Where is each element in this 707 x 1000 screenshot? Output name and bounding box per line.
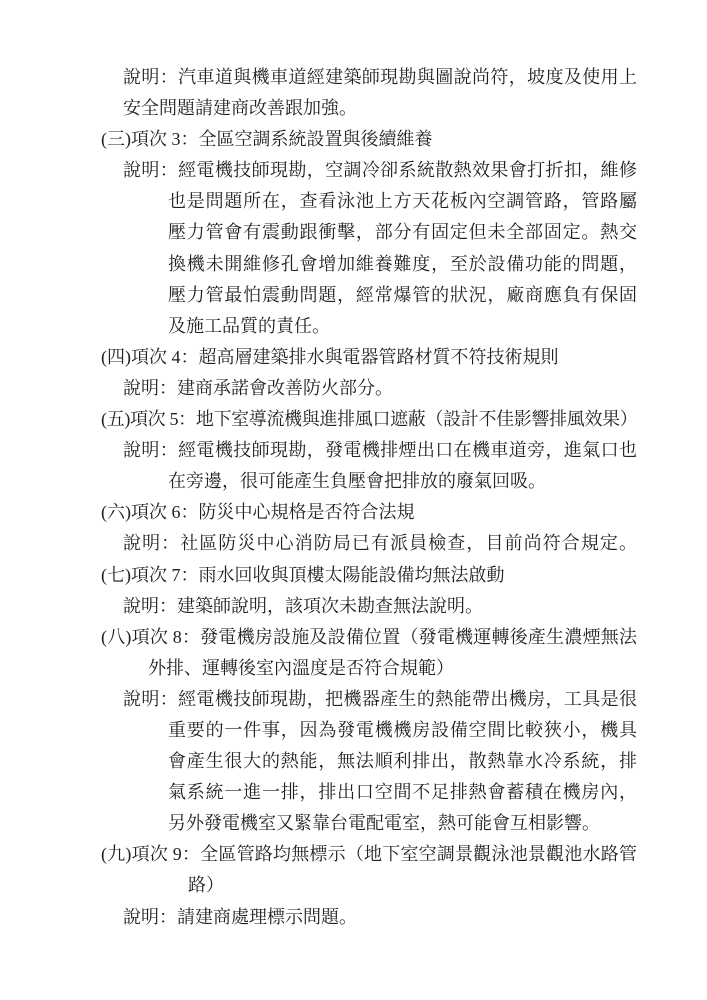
text-line: 外排、運轉後室內溫度是否符合規範） (148, 653, 707, 684)
text-line: 氣系統一進一排，排出口空間不足排熱會蓄積在機房內， (168, 777, 637, 808)
text-line: 說明：經電機技師現勘，空調冷卻系統散熱效果會打折扣，維修 (123, 155, 637, 186)
text-line: 換機未開維修孔會增加維養難度，至於設備功能的問題， (168, 249, 637, 280)
text-line: (七)項次 7：雨水回收與頂樓太陽能設備均無法啟動 (101, 560, 707, 591)
text-line: (六)項次 6：防災中心規格是否符合法規 (101, 497, 707, 528)
text-line: 說明：社區防災中心消防局已有派員檢查，目前尚符合規定。 (123, 528, 637, 559)
text-line: 說明：經電機技師現勘，把機器產生的熱能帶出機房，工具是很 (123, 684, 637, 715)
text-line: 在旁邊，很可能產生負壓會把排放的廢氣回吸。 (168, 466, 707, 497)
text-line: 也是問題所在，查看泳池上方天花板內空調管路，管路屬 (168, 186, 637, 217)
text-line: 路） (188, 870, 707, 901)
document-text-block: 說明：汽車道與機車道經建築師現勘與圖說尚符，坡度及使用上安全問題請建商改善跟加強… (0, 62, 707, 933)
text-line: (五)項次 5：地下室導流機與進排風口遮蔽（設計不佳影響排風效果） (101, 404, 637, 435)
text-line: 重要的一件事，因為發電機機房設備空間比較狹小，機具 (168, 715, 637, 746)
text-line: 及施工品質的責任。 (168, 311, 707, 342)
text-line: 說明：經電機技師現勘，發電機排煙出口在機車道旁，進氣口也 (123, 435, 637, 466)
text-line: (三)項次 3：全區空調系統設置與後續維養 (101, 124, 707, 155)
text-line: 壓力管會有震動跟衝擊，部分有固定但未全部固定。熱交 (168, 217, 637, 248)
text-line: 說明：汽車道與機車道經建築師現勘與圖說尚符，坡度及使用上 (123, 62, 637, 93)
text-line: 說明：建商承諾會改善防火部分。 (123, 373, 707, 404)
text-line: 會產生很大的熱能，無法順利排出，散熱靠水冷系統，排 (168, 746, 637, 777)
text-line: 說明：建築師說明，該項次未勘查無法說明。 (123, 591, 707, 622)
text-line: 說明：請建商處理標示問題。 (123, 902, 707, 933)
text-line: 安全問題請建商改善跟加強。 (123, 93, 707, 124)
text-line: (四)項次 4：超高層建築排水與電器管路材質不符技術規則 (101, 342, 707, 373)
text-line: (八)項次 8：發電機房設施及設備位置（發電機運轉後產生濃煙無法 (101, 622, 637, 653)
text-line: 另外發電機室又緊靠台電配電室，熱可能會互相影響。 (168, 808, 707, 839)
text-line: 壓力管最怕震動問題，經常爆管的狀況，廠商應負有保固 (168, 280, 637, 311)
text-line: (九)項次 9：全區管路均無標示（地下室空調景觀泳池景觀池水路管 (101, 839, 637, 870)
document-page: 說明：汽車道與機車道經建築師現勘與圖說尚符，坡度及使用上安全問題請建商改善跟加強… (0, 0, 707, 1000)
